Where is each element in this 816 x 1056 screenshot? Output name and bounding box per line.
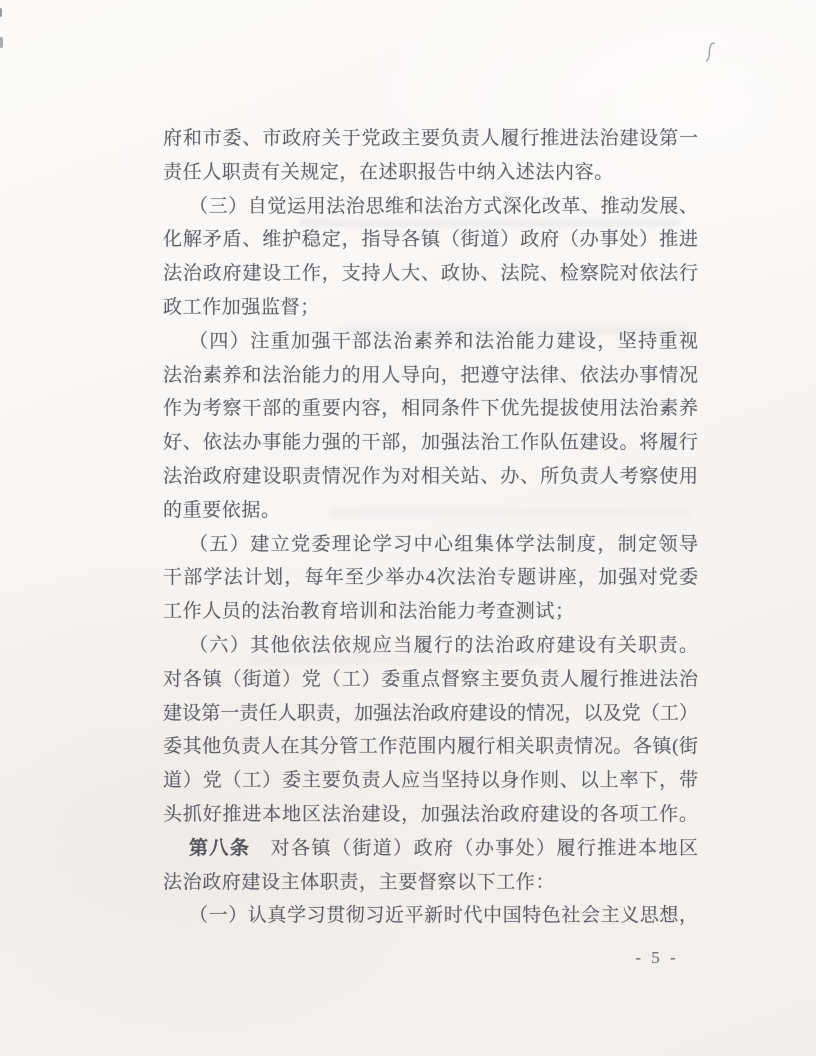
doc-line: 对各镇（街道）党（工）委重点督察主要负责人履行推进法治 [163, 663, 698, 697]
doc-line: 法治政府建设主体职责，主要督察以下工作： [163, 866, 698, 900]
doc-line: 建设第一责任人职责，加强法治政府建设的情况，以及党（工） [163, 697, 698, 731]
doc-line: 好、依法办事能力强的干部，加强法治工作队伍建设。将履行 [163, 426, 698, 460]
doc-line: 法治素养和法治能力的用人导向，把遵守法律、依法办事情况 [163, 359, 698, 393]
doc-line: 头抓好推进本地区法治建设，加强法治政府建设的各项工作。 [163, 798, 698, 832]
scan-edge-artifact [0, 37, 3, 48]
doc-line: 干部学法计划，每年至少举办4次法治专题讲座，加强对党委 [163, 561, 698, 595]
doc-line: 第八条 对各镇（街道）政府（办事处）履行推进本地区 [163, 832, 698, 866]
doc-line: 的重要依据。 [163, 494, 698, 528]
doc-line: 作为考察干部的重要内容，相同条件下优先提拔使用法治素养 [163, 392, 698, 426]
doc-line: 法治政府建设工作，支持人大、政协、法院、检察院对依法行 [163, 257, 698, 291]
document-body: 府和市委、市政府关于党政主要负责人履行推进法治建设第一责任人职责有关规定，在述职… [163, 122, 698, 933]
doc-line: （五）建立党委理论学习中心组集体学法制度，制定领导 [163, 528, 698, 562]
doc-line: 委其他负责人在其分管工作范围内履行相关职责情况。各镇(街 [163, 730, 698, 764]
doc-line: 化解矛盾、维护稳定，指导各镇（街道）政府（办事处）推进 [163, 223, 698, 257]
doc-line: （六）其他依法依规应当履行的法治政府建设有关职责。 [163, 629, 698, 663]
doc-line: 责任人职责有关规定，在述职报告中纳入述法内容。 [163, 156, 698, 190]
doc-line: （一）认真学习贯彻习近平新时代中国特色社会主义思想， [163, 899, 698, 933]
article-number: 第八条 [189, 838, 250, 859]
scan-edge-artifact [0, 8, 2, 17]
doc-line: （四）注重加强干部法治素养和法治能力建设，坚持重视 [163, 325, 698, 359]
doc-line: （三）自觉运用法治思维和法治方式深化改革、推动发展、 [163, 190, 698, 224]
pen-mark-icon [701, 40, 717, 64]
doc-line: 工作人员的法治教育培训和法治能力考查测试； [163, 595, 698, 629]
doc-line: 政工作加强监督； [163, 291, 698, 325]
page-number: - 5 - [622, 948, 692, 968]
doc-line: 道）党（工）委主要负责人应当坚持以身作则、以上率下，带 [163, 764, 698, 798]
doc-line: 府和市委、市政府关于党政主要负责人履行推进法治建设第一 [163, 122, 698, 156]
doc-line: 法治政府建设职责情况作为对相关站、办、所负责人考察使用 [163, 460, 698, 494]
scanned-page: 府和市委、市政府关于党政主要负责人履行推进法治建设第一责任人职责有关规定，在述职… [0, 0, 816, 1056]
